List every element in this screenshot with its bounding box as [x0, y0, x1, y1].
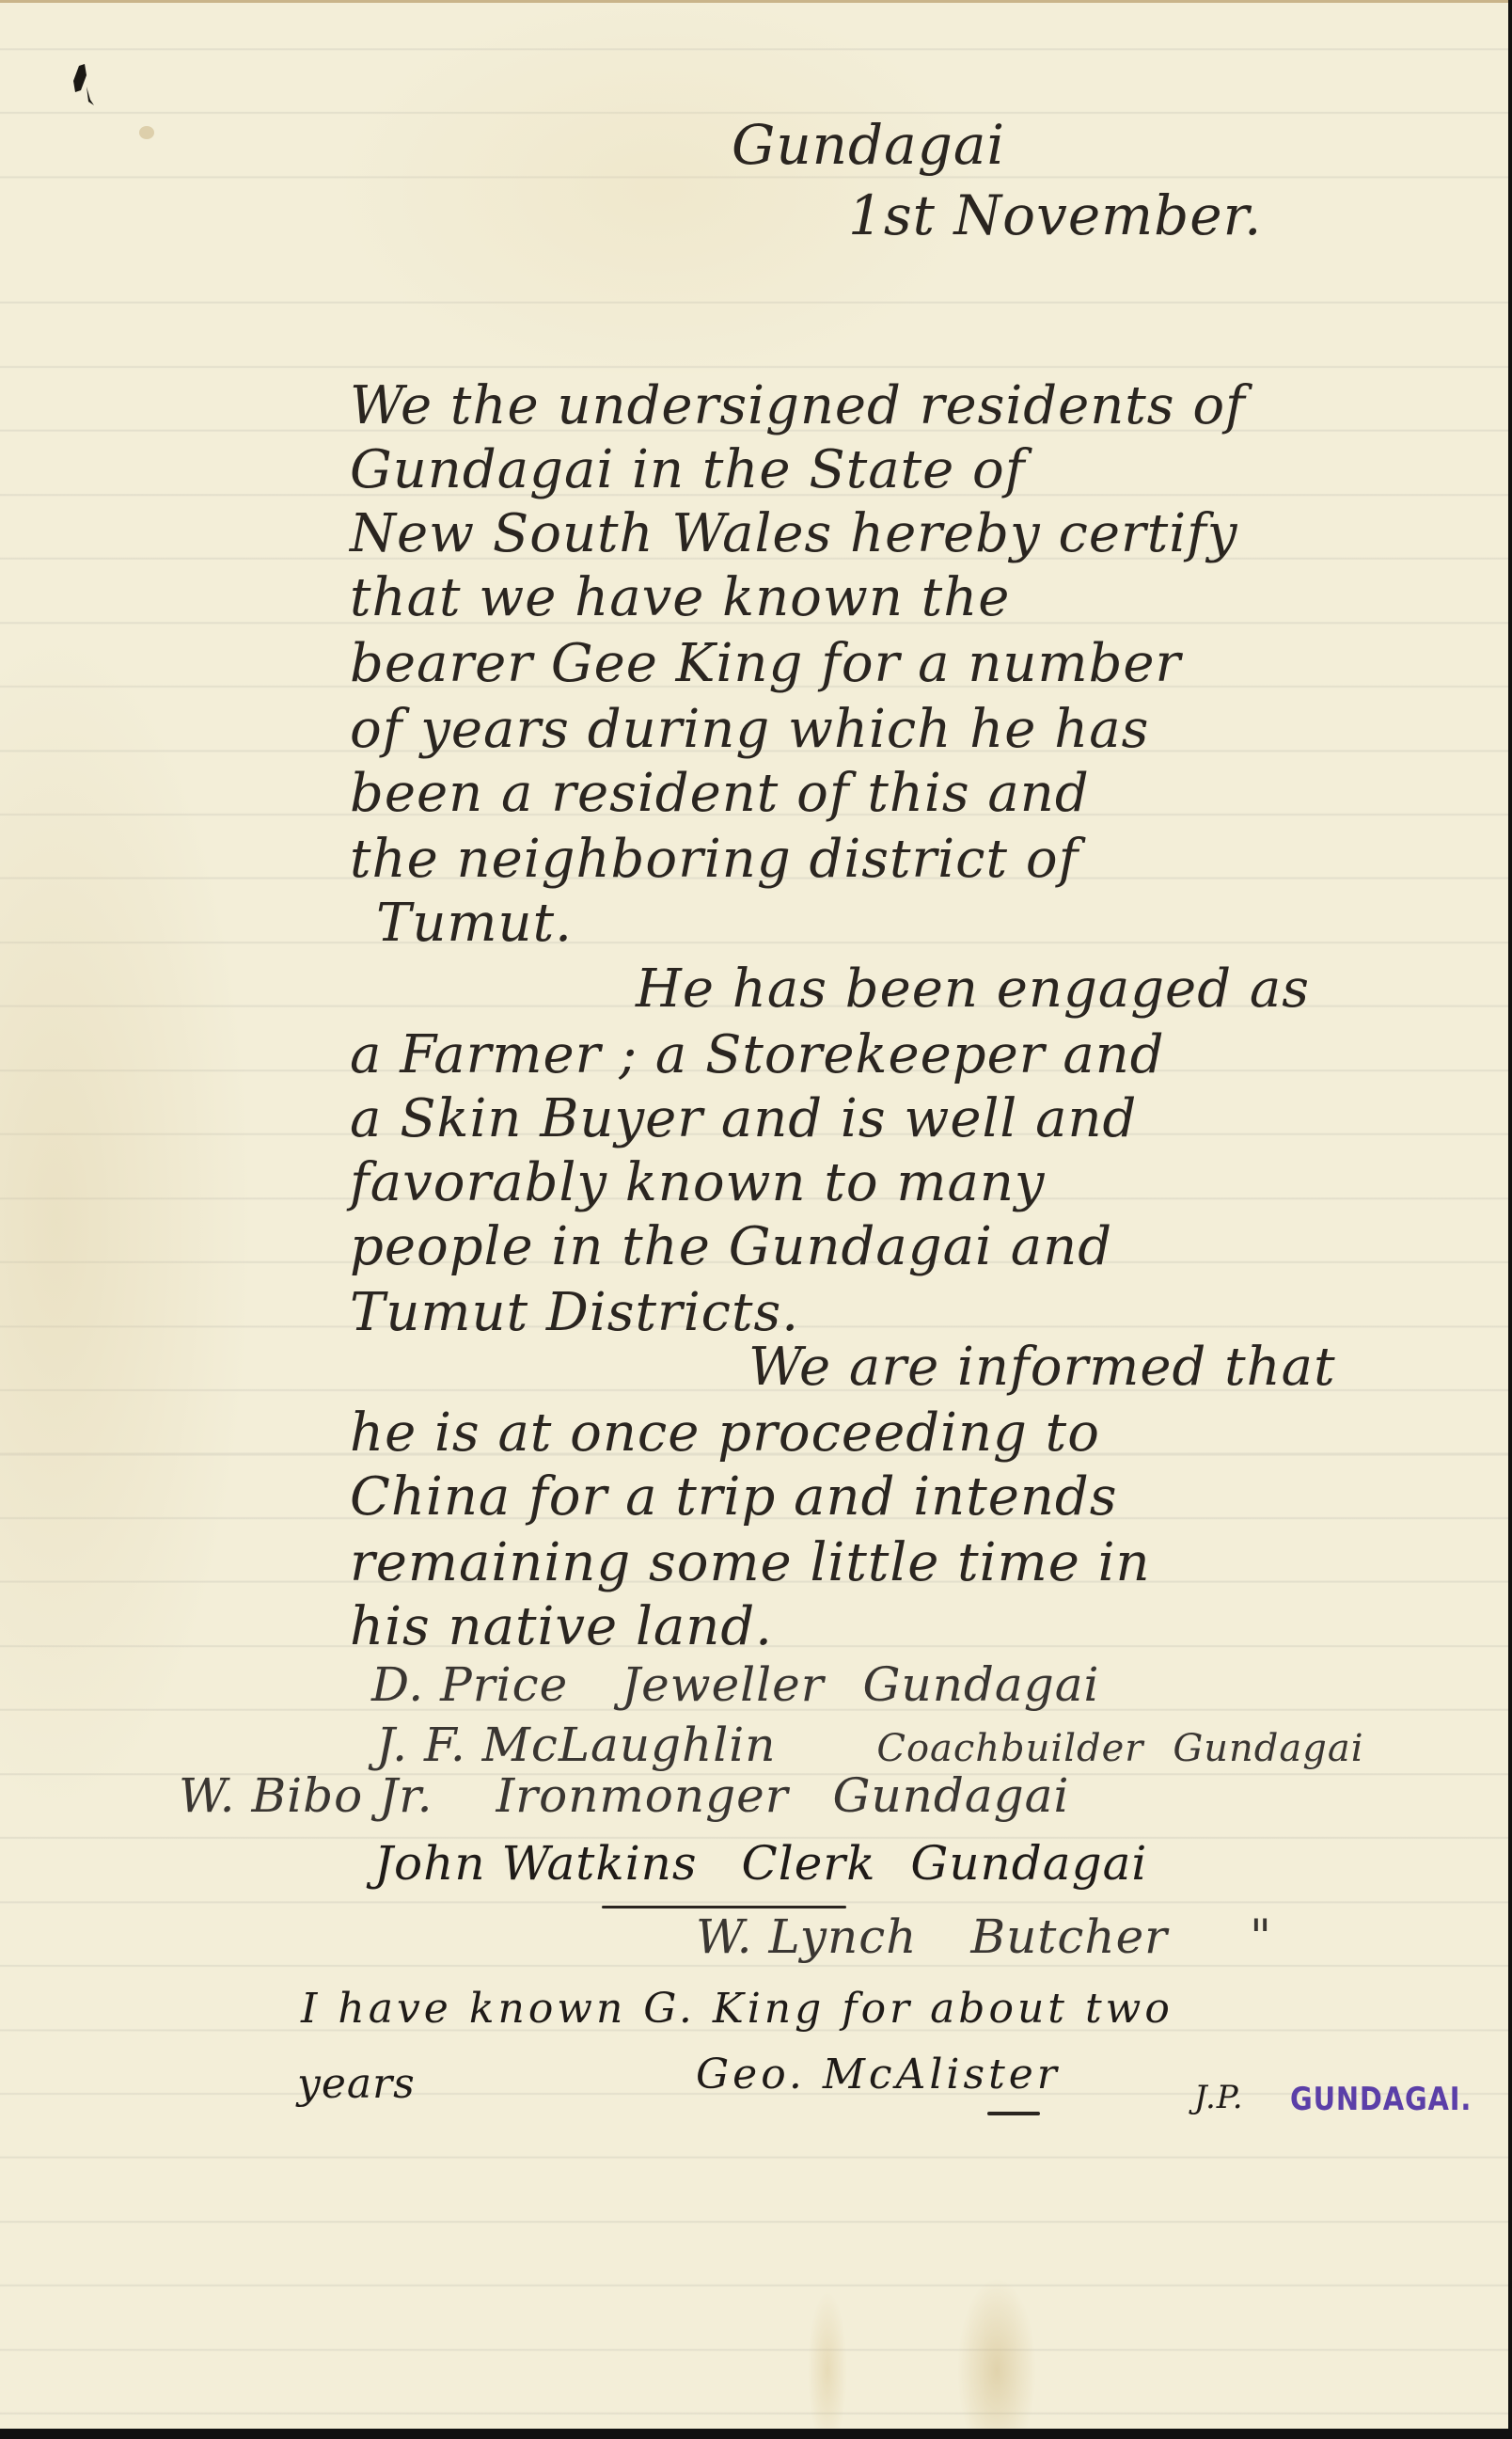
body-line: his native land. — [350, 1595, 773, 1659]
body-line: a Farmer ; a Storekeeper and — [350, 1023, 1165, 1087]
signature-occupation: Clerk — [741, 1836, 875, 1891]
signature-occupation: Butcher — [970, 1909, 1168, 1964]
body-line: New South Wales hereby certify — [350, 502, 1238, 566]
body-line: Gundagai in the State of — [350, 438, 1025, 502]
signature-row: D. Price Jeweller Gundagai — [371, 1657, 1100, 1712]
signature-place: " — [1250, 1909, 1272, 1964]
signature-occupation: Jeweller — [622, 1657, 825, 1712]
signature-row: John Watkins Clerk Gundagai — [374, 1836, 1147, 1891]
body-line: people in the Gundagai and — [350, 1215, 1112, 1279]
endorsement-line-1: I have known G. King for about two — [301, 1985, 1173, 2033]
body-line: the neighboring district of — [350, 828, 1079, 892]
body-line: China for a trip and intends — [350, 1465, 1117, 1529]
signature-name: D. Price — [371, 1657, 568, 1712]
body-line: favorably known to many — [350, 1151, 1046, 1215]
body-line: he is at once proceeding to — [350, 1402, 1100, 1465]
signature-place: Gundagai — [910, 1836, 1147, 1891]
body-line: He has been engaged as — [636, 958, 1310, 1022]
signature-row: W. Bibo Jr. Ironmonger Gundagai — [179, 1768, 1070, 1823]
body-line: remaining some little time in — [350, 1531, 1151, 1595]
endorsement-line-2: years — [297, 2060, 416, 2108]
body-line: Tumut Districts. — [350, 1281, 799, 1345]
scanned-document-page: Gundagai 1st November. We the undersigne… — [0, 0, 1512, 2439]
signature-name: W. Lynch — [696, 1909, 917, 1964]
endorsement-signature: Geo. McAlister — [696, 2051, 1061, 2098]
body-line: of years during which he has — [350, 698, 1149, 762]
signature-row: J. F. McLaughlin Coachbuilder Gundagai — [376, 1718, 1364, 1772]
signature-place: Gundagai — [1173, 1727, 1363, 1770]
body-line: Tumut. — [376, 892, 573, 956]
endorsement-title: J.P. — [1194, 2079, 1244, 2116]
header-date: 1st November. — [848, 183, 1262, 247]
ink-blot-icon — [70, 62, 98, 109]
header-place: Gundagai — [732, 113, 1005, 177]
signature-name: W. Bibo Jr. — [179, 1768, 433, 1823]
signature-row: W. Lynch Butcher " — [696, 1909, 1272, 1964]
signature-place: Gundagai — [863, 1657, 1100, 1712]
body-line: We the undersigned residents of — [350, 374, 1246, 438]
paper-top-edge — [0, 0, 1508, 3]
body-line: that we have known the — [350, 566, 1010, 630]
endorsement-underline — [987, 2112, 1040, 2115]
gundagai-stamp: GUNDAGAI. — [1290, 2081, 1472, 2118]
signature-occupation: Ironmonger — [496, 1768, 788, 1823]
body-line: We are informed that — [748, 1336, 1336, 1400]
signature-place: Gundagai — [833, 1768, 1070, 1823]
signature-flourish — [602, 1906, 846, 1908]
signature-name: J. F. McLaughlin — [376, 1718, 776, 1772]
body-line: been a resident of this and — [350, 762, 1090, 826]
paper-sheet: Gundagai 1st November. We the undersigne… — [0, 0, 1508, 2429]
body-line: bearer Gee King for a number — [350, 632, 1181, 696]
signature-name: John Watkins — [374, 1836, 698, 1891]
signature-occupation: Coachbuilder — [876, 1727, 1143, 1770]
body-line: a Skin Buyer and is well and — [350, 1087, 1137, 1151]
stain-mark — [139, 126, 154, 139]
